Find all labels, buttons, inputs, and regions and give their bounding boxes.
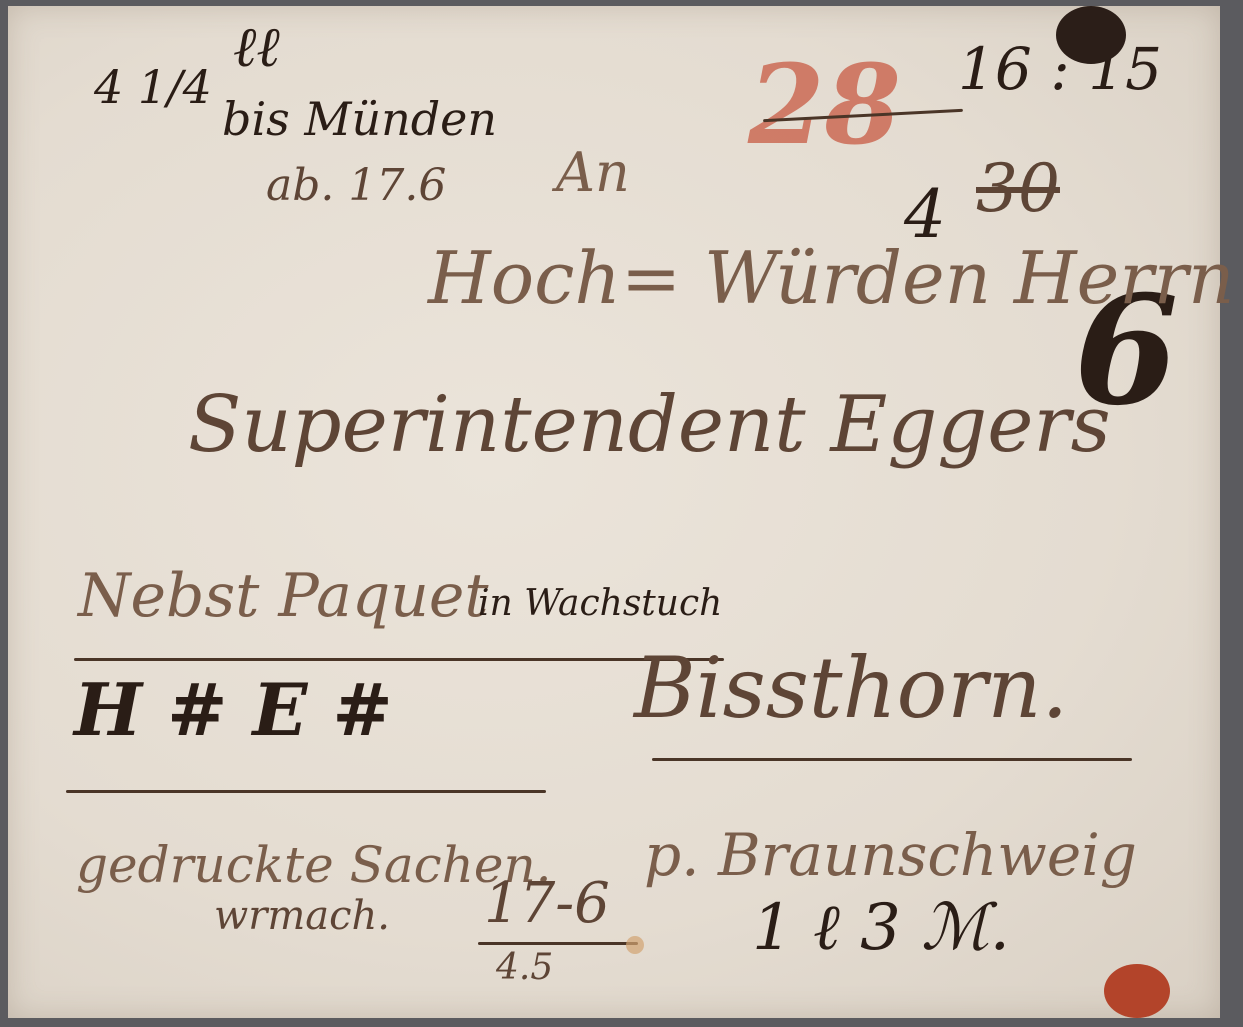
ll-mark: ℓℓ — [233, 20, 280, 76]
divider-line-1 — [74, 658, 724, 661]
divider-line-2 — [66, 790, 546, 793]
bottom-left-line-2: wrmach. — [214, 896, 390, 936]
bottom-left-fraction: 4.5 — [496, 950, 553, 986]
bottom-left-line-1: gedruckte Sachen. — [76, 840, 552, 890]
bottom-right-rate: 1 ℓ 3 ℳ. — [752, 896, 1010, 960]
bis-munden-text: bis Münden — [222, 96, 497, 142]
address-line-2: Superintendent Eggers — [188, 386, 1111, 464]
via-text: p. Braunschweig — [644, 826, 1137, 884]
ab-date-text: ab. 17.6 — [266, 164, 446, 208]
divider-line-3 — [652, 758, 1132, 761]
wax-seal-remnant — [1104, 964, 1170, 1018]
he-marks: H # E # — [74, 674, 393, 746]
address-line-3: Nebst Paquet — [78, 566, 489, 626]
destination-text: Bissthorn. — [634, 646, 1068, 730]
bottom-left-date: 17-6 — [484, 876, 610, 932]
address-line-3-suffix: in Wachstuch — [478, 586, 722, 622]
ink-blot — [1056, 6, 1126, 64]
an-text: An — [556, 146, 630, 200]
fraction-line — [478, 942, 638, 945]
red-crayon-mark: 28 — [748, 50, 901, 160]
address-line-1: Hoch= Würden Herrn — [428, 242, 1234, 314]
stain — [626, 936, 644, 954]
rate-mark-top-left: 4 1/4 — [94, 64, 212, 110]
letter-cover: 4 1/4 ℓℓ bis Münden ab. 17.6 An 28 16 : … — [8, 6, 1220, 1018]
rate-struck: 30 — [976, 156, 1060, 222]
